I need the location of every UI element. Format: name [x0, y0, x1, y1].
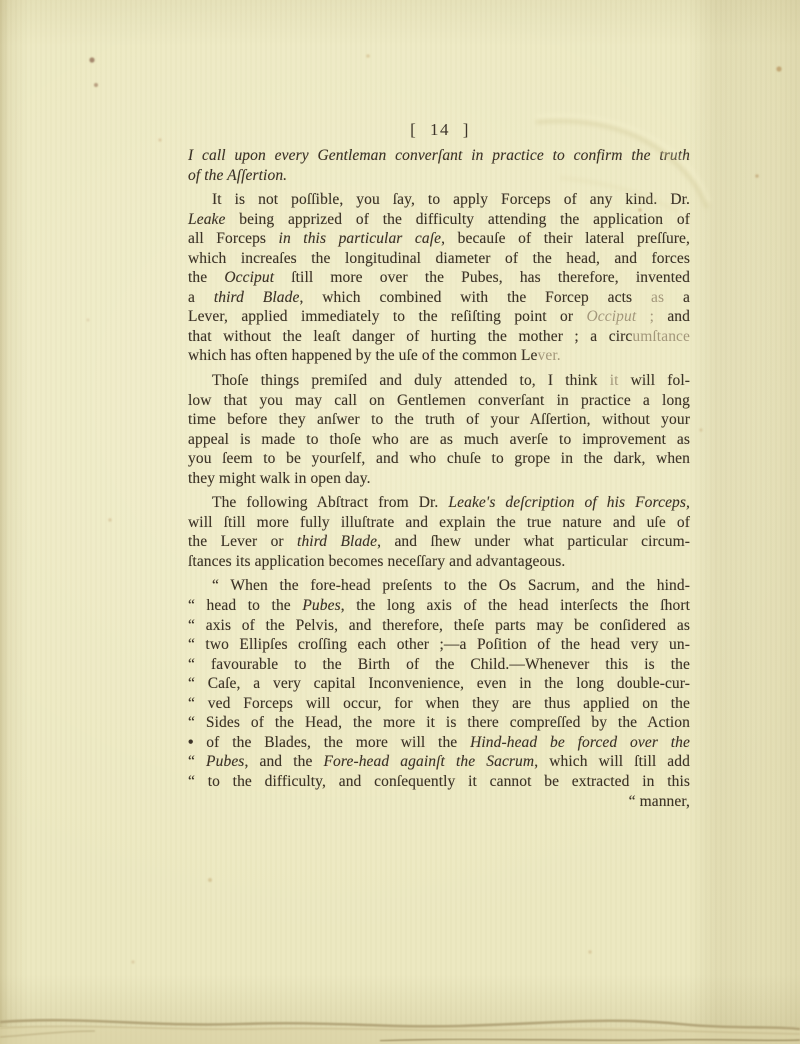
text-segment: the Lever or: [188, 533, 297, 550]
italic-text: Leake: [188, 211, 226, 228]
text-line: “ Pubes, and the Fore-head againſt the S…: [188, 752, 690, 772]
text-segment: “ favourable to the Birth of the Child.—…: [188, 656, 690, 673]
text-segment: “ head to the: [188, 597, 302, 614]
text-segment: they might walk in open day.: [188, 470, 371, 487]
text-segment: “ to the difficulty, and conſequently it…: [188, 773, 690, 790]
text-segment: “ two Ellipſes croſſing each other ;—a P…: [188, 636, 690, 653]
text-segment: , and ſhew under what particular circum-: [377, 533, 690, 550]
text-line: “ to the difficulty, and conſequently it…: [188, 772, 690, 792]
text-segment: “ When the fore-head preſents to the Os …: [212, 577, 690, 594]
text-line: The following Abſtract from Dr. Leake's …: [188, 493, 690, 513]
text-segment: “ axis of the Pelvis, and therefore, the…: [188, 617, 690, 634]
italic-text: in this particular caſe: [279, 230, 442, 247]
text-segment: It is not poſſible, you ſay, to apply Fo…: [212, 191, 690, 208]
text-segment: ſtill more over the Pubes, has therefore…: [274, 269, 690, 286]
text-segment: will ſtill more fully illuſtrate and exp…: [188, 514, 690, 531]
page-bottom-edge: [0, 1020, 800, 1044]
text-line: Lever, applied immediately to the reſiſt…: [188, 307, 690, 327]
text-line: “ two Ellipſes croſſing each other ;—a P…: [188, 635, 690, 655]
text-segment: umſtance: [632, 328, 690, 345]
text-line: the Occiput ſtill more over the Pubes, h…: [188, 268, 690, 288]
text-segment: “: [188, 753, 206, 770]
text-line: “ Caſe, a very capital Inconvenience, ev…: [188, 674, 690, 694]
text-line: Thoſe things premiſed and duly attended …: [188, 371, 690, 391]
text-segment: and: [654, 308, 690, 325]
text-segment: which has often happened by the uſe of t…: [188, 347, 538, 364]
text-line: “ head to the Pubes, the long axis of th…: [188, 596, 690, 616]
italic-text: Occiput: [224, 269, 274, 286]
text-line: I call upon every Gentleman converſant i…: [188, 146, 690, 166]
italic-text: Pubes: [302, 597, 340, 614]
text-segment: , the long axis of the head interſects t…: [341, 597, 690, 614]
page-number: [ 14 ]: [190, 120, 690, 140]
italic-text: Occiput: [586, 308, 636, 325]
text-segment: Thoſe things premiſed and duly attended …: [212, 372, 610, 389]
book-page: [ 14 ] I call upon every Gentleman conve…: [0, 0, 800, 1044]
text-segment: being apprized of the difficulty attendi…: [226, 211, 690, 228]
text-segment: , which will ſtill add: [534, 753, 690, 770]
text-line: that without the leaſt danger of hurting…: [188, 327, 690, 347]
text-line: which has often happened by the uſe of t…: [188, 346, 690, 366]
text-segment: a: [188, 289, 214, 306]
text-segment: The following Abſtract from Dr.: [212, 494, 448, 511]
text-line: of the Aſſertion.: [188, 166, 690, 186]
text-line: • of the Blades, the more will the Hind-…: [188, 733, 690, 753]
italic-text: third Blade: [297, 533, 377, 550]
text-line: “ axis of the Pelvis, and therefore, the…: [188, 616, 690, 636]
text-segment: ;: [636, 308, 654, 325]
text-segment: the: [188, 269, 224, 286]
text-line: “ favourable to the Birth of the Child.—…: [188, 655, 690, 675]
text-segment: it: [610, 372, 619, 389]
text-segment: will fol-: [619, 372, 690, 389]
text-segment: which increaſes the longitudinal diamete…: [188, 250, 690, 267]
text-segment: “ Caſe, a very capital Inconvenience, ev…: [188, 675, 690, 692]
text-segment: you ſeem to be yourſelf, and who chuſe t…: [188, 450, 690, 467]
text-segment: low that you may call on Gentlemen conve…: [188, 392, 690, 409]
text-line: It is not poſſible, you ſay, to apply Fo…: [188, 190, 690, 210]
text-segment: that without the leaſt danger of hurting…: [188, 328, 632, 345]
text-line: low that you may call on Gentlemen conve…: [188, 391, 690, 411]
text-segment: appeal is made to thoſe who are as much …: [188, 431, 690, 448]
text-line: Leake being apprized of the difficulty a…: [188, 210, 690, 230]
text-segment: ſtances its application becomes neceſſar…: [188, 553, 565, 570]
italic-text: I call upon every Gentleman converſant i…: [188, 147, 690, 164]
italic-text: Hind-head be forced over the: [470, 734, 690, 751]
text-line: will ſtill more fully illuſtrate and exp…: [188, 513, 690, 533]
text-segment: Lever, applied immediately to the reſiſt…: [188, 308, 586, 325]
text-line: you ſeem to be yourſelf, and who chuſe t…: [188, 449, 690, 469]
text-line: appeal is made to thoſe who are as much …: [188, 430, 690, 450]
text-line: “ manner,: [188, 792, 690, 812]
text-segment: “ Sides of the Head, the more it is ther…: [188, 714, 690, 731]
body-text: I call upon every Gentleman converſant i…: [188, 146, 690, 811]
italic-text: third Blade: [214, 289, 300, 306]
text-line: which increaſes the longitudinal diamete…: [188, 249, 690, 269]
text-line: “ When the fore-head preſents to the Os …: [188, 576, 690, 596]
text-segment: a: [664, 289, 690, 306]
text-segment: , which combined with the Forcep acts: [299, 289, 651, 306]
text-segment: ver.: [538, 347, 561, 364]
italic-text: Fore-head againſt the Sacrum: [323, 753, 534, 770]
text-segment: as: [651, 289, 664, 306]
italic-text: Leake's deſcription of his Forceps,: [448, 494, 690, 511]
text-segment: “ ved Forceps will occur, for when they …: [188, 695, 690, 712]
text-line: the Lever or third Blade, and ſhew under…: [188, 532, 690, 552]
italic-text: Pubes: [206, 753, 244, 770]
text-segment: , becauſe of their lateral preſſure,: [441, 230, 690, 247]
text-line: “ ved Forceps will occur, for when they …: [188, 694, 690, 714]
text-line: time before they anſwer to the truth of …: [188, 410, 690, 430]
italic-text: of the Aſſertion.: [188, 167, 287, 184]
text-segment: of the Blades, the more will the: [194, 734, 471, 751]
text-segment: , and the: [244, 753, 323, 770]
text-segment: time before they anſwer to the truth of …: [188, 411, 690, 428]
text-segment: all Forceps: [188, 230, 279, 247]
text-line: they might walk in open day.: [188, 469, 690, 489]
text-line: ſtances its application becomes neceſſar…: [188, 552, 690, 572]
text-segment: “ manner,: [629, 793, 690, 810]
text-line: “ Sides of the Head, the more it is ther…: [188, 713, 690, 733]
text-line: all Forceps in this particular caſe, bec…: [188, 229, 690, 249]
text-line: a third Blade, which combined with the F…: [188, 288, 690, 308]
